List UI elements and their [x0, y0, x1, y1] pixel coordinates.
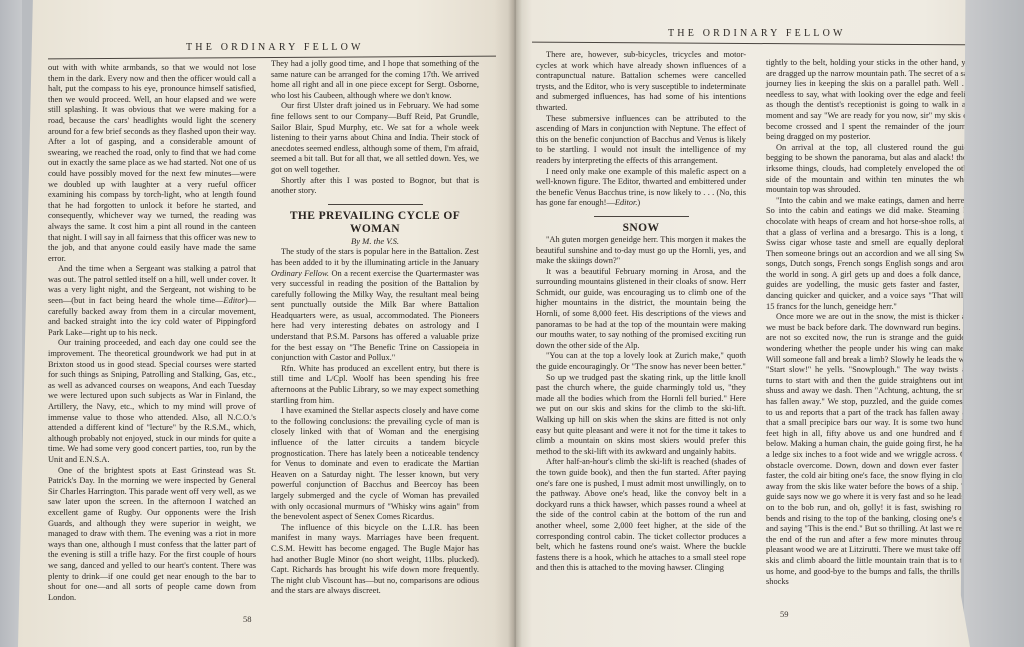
article-byline: By M. the V.S. — [271, 236, 479, 247]
paragraph: After half-an-hour's climb the ski-lift … — [536, 457, 746, 574]
left-page-column-1: out with with white armbands, so that we… — [48, 63, 256, 603]
paragraph: out with with white armbands, so that we… — [48, 63, 256, 264]
article-body: The study of the stars is popular here i… — [271, 247, 479, 597]
paragraph: tightly to the belt, holding your sticks… — [766, 58, 970, 143]
italic-text: Editor — [223, 296, 244, 305]
paragraph: "Ah guten morgen geneidge herr. This mor… — [536, 235, 746, 267]
paragraph: Rfn. White has produced an excellent ent… — [271, 364, 479, 406]
background-right — [964, 0, 1024, 647]
snow-article-title: SNOW — [536, 222, 746, 235]
paragraph: Our first Ulster draft joined us in Febr… — [271, 101, 479, 175]
section-separator — [328, 204, 423, 205]
article-continuation: There are, however, sub-bicycles, tricyc… — [536, 50, 746, 209]
italic-text: Ordinary Fellow. — [271, 269, 329, 278]
left-page: THE ORDINARY FELLOW out with with white … — [18, 0, 514, 647]
header-rule-right — [532, 42, 970, 46]
running-head-left: THE ORDINARY FELLOW — [186, 42, 364, 53]
running-head-right: THE ORDINARY FELLOW — [668, 28, 846, 39]
paragraph: These submersive influences can be attri… — [536, 114, 746, 167]
paragraph: They had a jolly good time, and I hope t… — [271, 59, 479, 101]
paragraph: Our training proceeded, and each day one… — [48, 338, 256, 465]
page-number-right: 59 — [780, 609, 789, 619]
paragraph-text: I need only make one example of this mal… — [536, 167, 746, 208]
paragraph: There are, however, sub-bicycles, tricyc… — [536, 50, 746, 114]
column-intro-text: They had a jolly good time, and I hope t… — [271, 59, 479, 197]
paragraph-text: The study of the stars is popular here i… — [271, 247, 479, 267]
paragraph: Shortly after this I was posted to Bogno… — [271, 176, 479, 197]
paragraph: One of the brightest spots at East Grins… — [48, 466, 256, 604]
paragraph: On arrival at the top, all clustered rou… — [766, 143, 970, 196]
paragraph: The study of the stars is popular here i… — [271, 247, 479, 364]
italic-text: Editor. — [615, 198, 638, 207]
article-title: THE PREVAILING CYCLE OF WOMAN — [271, 210, 479, 236]
paragraph: "You can at the top a lovely look at Zur… — [536, 351, 746, 372]
left-page-column-2: They had a jolly good time, and I hope t… — [271, 59, 479, 597]
background-left — [0, 0, 22, 647]
paragraph: And the time when a Sergeant was stalkin… — [48, 264, 256, 338]
paragraph: I need only make one example of this mal… — [536, 167, 746, 209]
paragraph: So up we trudged past the skating rink, … — [536, 373, 746, 458]
paragraph-text: ) — [637, 198, 640, 207]
paragraph: I have examined the Stellar aspects clos… — [271, 406, 479, 523]
paragraph: The influence of this bicycle on the L.I… — [271, 523, 479, 597]
right-page: THE ORDINARY FELLOW There are, however, … — [514, 0, 970, 647]
paragraph: It was a beautiful February morning in A… — [536, 267, 746, 352]
book-fold — [508, 0, 522, 647]
paragraph: "Into the cabin and we make eatings, dam… — [766, 196, 970, 313]
page-number-left: 58 — [243, 614, 252, 624]
section-separator — [594, 216, 689, 217]
snow-article-body: "Ah guten morgen geneidge herr. This mor… — [536, 235, 746, 574]
right-page-column-1: There are, however, sub-bicycles, tricyc… — [536, 50, 746, 574]
paragraph-text: On a recent exercise the Quartermaster w… — [271, 269, 479, 363]
right-page-column-2: tightly to the belt, holding your sticks… — [766, 58, 970, 588]
paragraph: Once more we are out in the snow, the mi… — [766, 312, 970, 587]
